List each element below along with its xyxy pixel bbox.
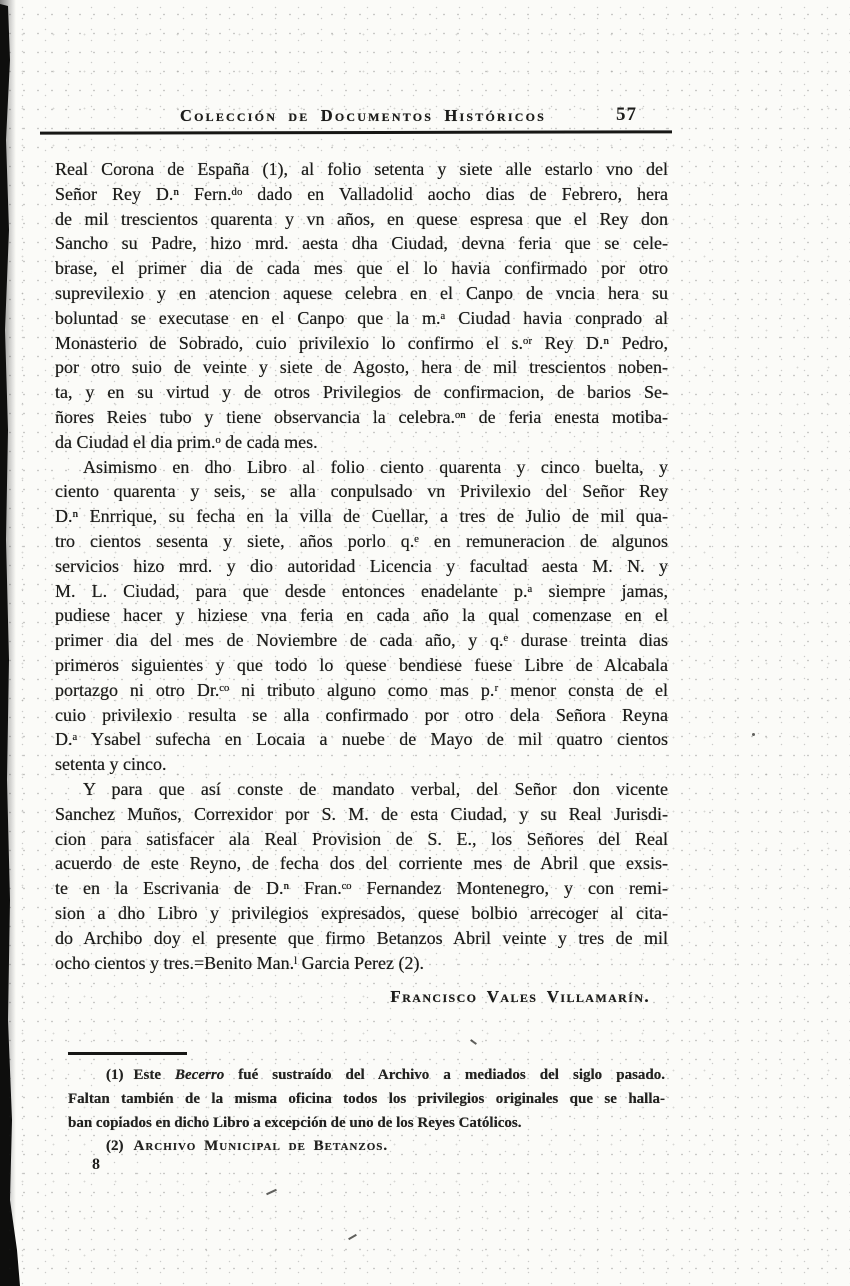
text-line: do Archibo doy el presente que firmo Bet…: [55, 926, 668, 951]
text-line: acuerdo de este Reyno, de fecha dos del …: [55, 851, 668, 876]
text-line: suprevilexio y en atencion aquese celebr…: [55, 281, 668, 306]
footnotes: (1)Este Becerro fué sustraído del Archiv…: [68, 1064, 665, 1159]
paragraph: Real Corona de España (1), al folio sete…: [55, 157, 668, 455]
text-line: pudiese hacer y hiziese vna feria en cad…: [55, 603, 668, 628]
text-line: portazgo ni otro Dr.ᶜᵒ ni tributo alguno…: [55, 678, 668, 703]
text-line: ta, y en su virtud y de otros Privilegio…: [55, 380, 668, 405]
text-line: tro cientos sesenta y siete, años porlo …: [55, 529, 668, 554]
text-line: por otro suio de veinte y siete de Agost…: [55, 355, 668, 380]
scanned-book-page: Colección de Documentos Históricos 57 Re…: [0, 0, 850, 1286]
paragraph: Asimismo en dho Libro al folio ciento qu…: [55, 455, 668, 777]
text-line: M. L. Ciudad, para que desde entonces en…: [55, 579, 668, 604]
text-line: da Ciudad el dia prim.ᵒ de cada mes.: [55, 430, 668, 455]
footnote-2-marker: (2): [106, 1138, 124, 1154]
text-line: Asimismo en dho Libro al folio ciento qu…: [55, 455, 668, 480]
text-line: D.ᵃ Ysabel sufecha en Locaia a nuebe de …: [55, 727, 668, 752]
text-line: Monasterio de Sobrado, cuio privilexio l…: [55, 331, 668, 356]
text-line: Real Corona de España (1), al folio sete…: [55, 157, 668, 182]
footnote-separator: [68, 1052, 187, 1055]
scan-speckle: [752, 733, 755, 736]
scan-speckle: [470, 1039, 477, 1045]
text-line: servicios hizo mrd. y dio autoridad Lice…: [55, 554, 668, 579]
text-line: Sancho su Padre, hizo mrd. aesta dha Ciu…: [55, 231, 668, 256]
text-line: primeros siguientes y que todo lo quese …: [55, 653, 668, 678]
running-title: Colección de Documentos Históricos: [180, 106, 510, 126]
page-number: 57: [616, 104, 637, 126]
footnote-1-line-1: (1)Este Becerro fué sustraído del Archiv…: [68, 1064, 665, 1088]
text-line: ñores Reies tubo y tiene observancia la …: [55, 405, 668, 430]
text-line: te en la Escrivania de D.ⁿ Fran.ᶜᵒ Ferna…: [55, 876, 668, 901]
footnote-1-italic-term: Becerro: [175, 1067, 224, 1083]
text-line: cuio privilexio resulta se alla confirma…: [55, 703, 668, 728]
paragraph: Y para que así conste de mandato verbal,…: [55, 777, 668, 975]
footnote-1-line-3: ban copiados en dicho Libro a excepción …: [68, 1112, 665, 1136]
text-line: cion para satisfacer ala Real Provision …: [55, 827, 668, 852]
footnote-1-line-2: Faltan también de la misma oficina todos…: [68, 1088, 665, 1112]
text-line: sion a dho Libro y privilegios expresado…: [55, 901, 668, 926]
footnote-1-rest: fué sustraído del Archivo a mediados del…: [224, 1067, 665, 1083]
text-line: brase, el primer dia de cada mes que el …: [55, 256, 668, 281]
signature-mark: 8: [92, 1156, 100, 1174]
text-line: boluntad se executase en el Canpo que la…: [55, 306, 668, 331]
text-line: ocho cientos y tres.=Benito Man.ˡ Garcia…: [55, 951, 668, 976]
text-line: Señor Rey D.ⁿ Fern.ᵈᵒ dado en Valladolid…: [55, 182, 668, 207]
text-line: D.ⁿ Enrrique, su fecha en la villa de Cu…: [55, 504, 668, 529]
scan-speckle: [266, 1189, 277, 1195]
scan-speckle: [348, 1234, 357, 1240]
header-rule: [40, 130, 672, 134]
text-line: de mil trescientos quarenta y vn años, e…: [55, 207, 668, 232]
footnote-1-marker: (1): [106, 1067, 124, 1083]
text-line: Sanchez Muños, Correxidor por S. M. de e…: [55, 802, 668, 827]
footnote-2-text: Archivo Municipal de Betanzos.: [134, 1138, 389, 1154]
footnote-1-lead: Este: [134, 1067, 176, 1083]
text-line: ciento quarenta y seis, se alla conpulsa…: [55, 479, 668, 504]
body-text: Real Corona de España (1), al folio sete…: [55, 157, 668, 975]
signature: Francisco Vales Villamarín.: [370, 987, 650, 1007]
footnote-2: (2)Archivo Municipal de Betanzos.: [68, 1135, 665, 1159]
text-line: primer dia del mes de Noviembre de cada …: [55, 628, 668, 653]
text-line: Y para que así conste de mandato verbal,…: [55, 777, 668, 802]
text-line: setenta y cinco.: [55, 752, 668, 777]
